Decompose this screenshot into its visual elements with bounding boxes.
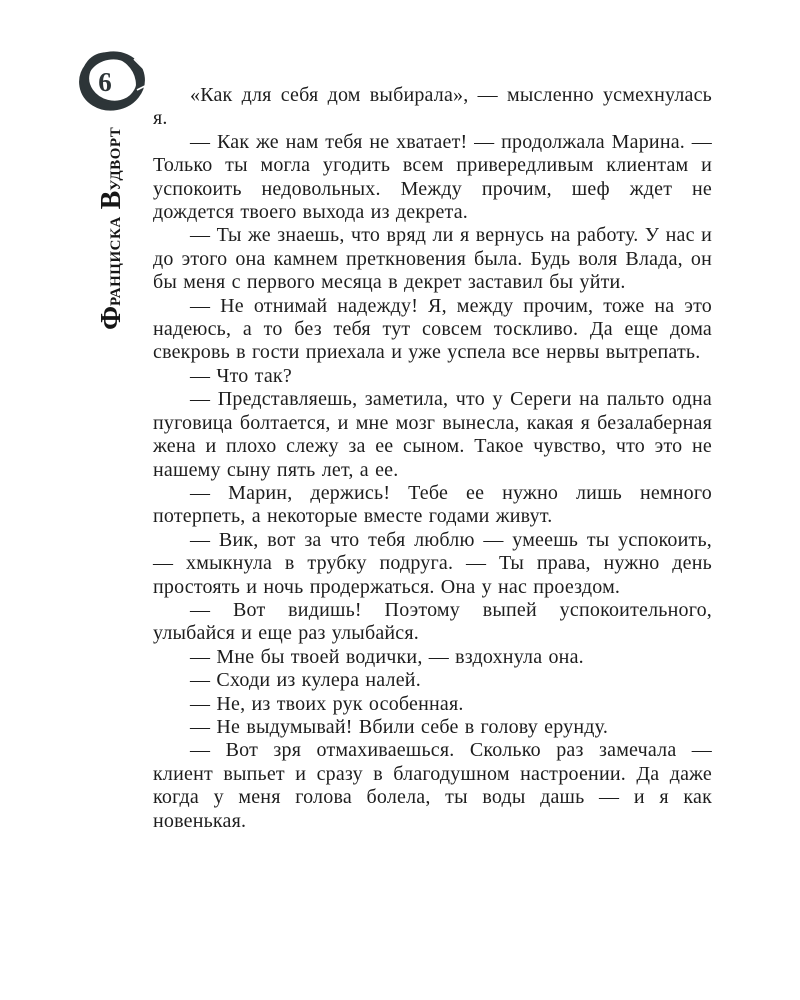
paragraph: — Как же нам тебя не хватает! — продолжа… — [153, 131, 712, 225]
paragraph: — Что так? — [153, 365, 712, 388]
page-text: «Как для себя дом выбирала», — мысленно … — [153, 84, 712, 833]
paragraph: — Не, из твоих рук особенная. — [153, 693, 712, 716]
page-number: 6 — [98, 67, 112, 97]
paragraph: — Вик, вот за что тебя люблю — умеешь ты… — [153, 529, 712, 599]
author-name-vertical: ФранцискаВудворт — [96, 120, 130, 330]
hand-drawn-ring-icon: 6 — [76, 47, 150, 117]
paragraph: — Мне бы твоей водички, — вздохнула она. — [153, 646, 712, 669]
paragraph: — Сходи из кулера налей. — [153, 669, 712, 692]
paragraph: — Представляешь, заметила, что у Сереги … — [153, 388, 712, 482]
paragraph: — Вот зря отмахиваешься. Сколько раз зам… — [153, 739, 712, 833]
paragraph: — Не отнимай надежду! Я, между прочим, т… — [153, 295, 712, 365]
paragraph: «Как для себя дом выбирала», — мысленно … — [153, 84, 712, 131]
author-first-name: Франциска — [96, 216, 128, 330]
book-page: 6 ФранцискаВудворт «Как для себя дом выб… — [0, 0, 800, 1000]
paragraph: — Не выдумывай! Вбили себе в голову ерун… — [153, 716, 712, 739]
paragraph: — Вот видишь! Поэтому выпей успокоительн… — [153, 599, 712, 646]
paragraph: — Марин, держись! Тебе ее нужно лишь нем… — [153, 482, 712, 529]
page-number-ornament: 6 — [76, 47, 150, 117]
author-last-name: Вудворт — [96, 127, 128, 210]
paragraph: — Ты же знаешь, что вряд ли я вернусь на… — [153, 224, 712, 294]
